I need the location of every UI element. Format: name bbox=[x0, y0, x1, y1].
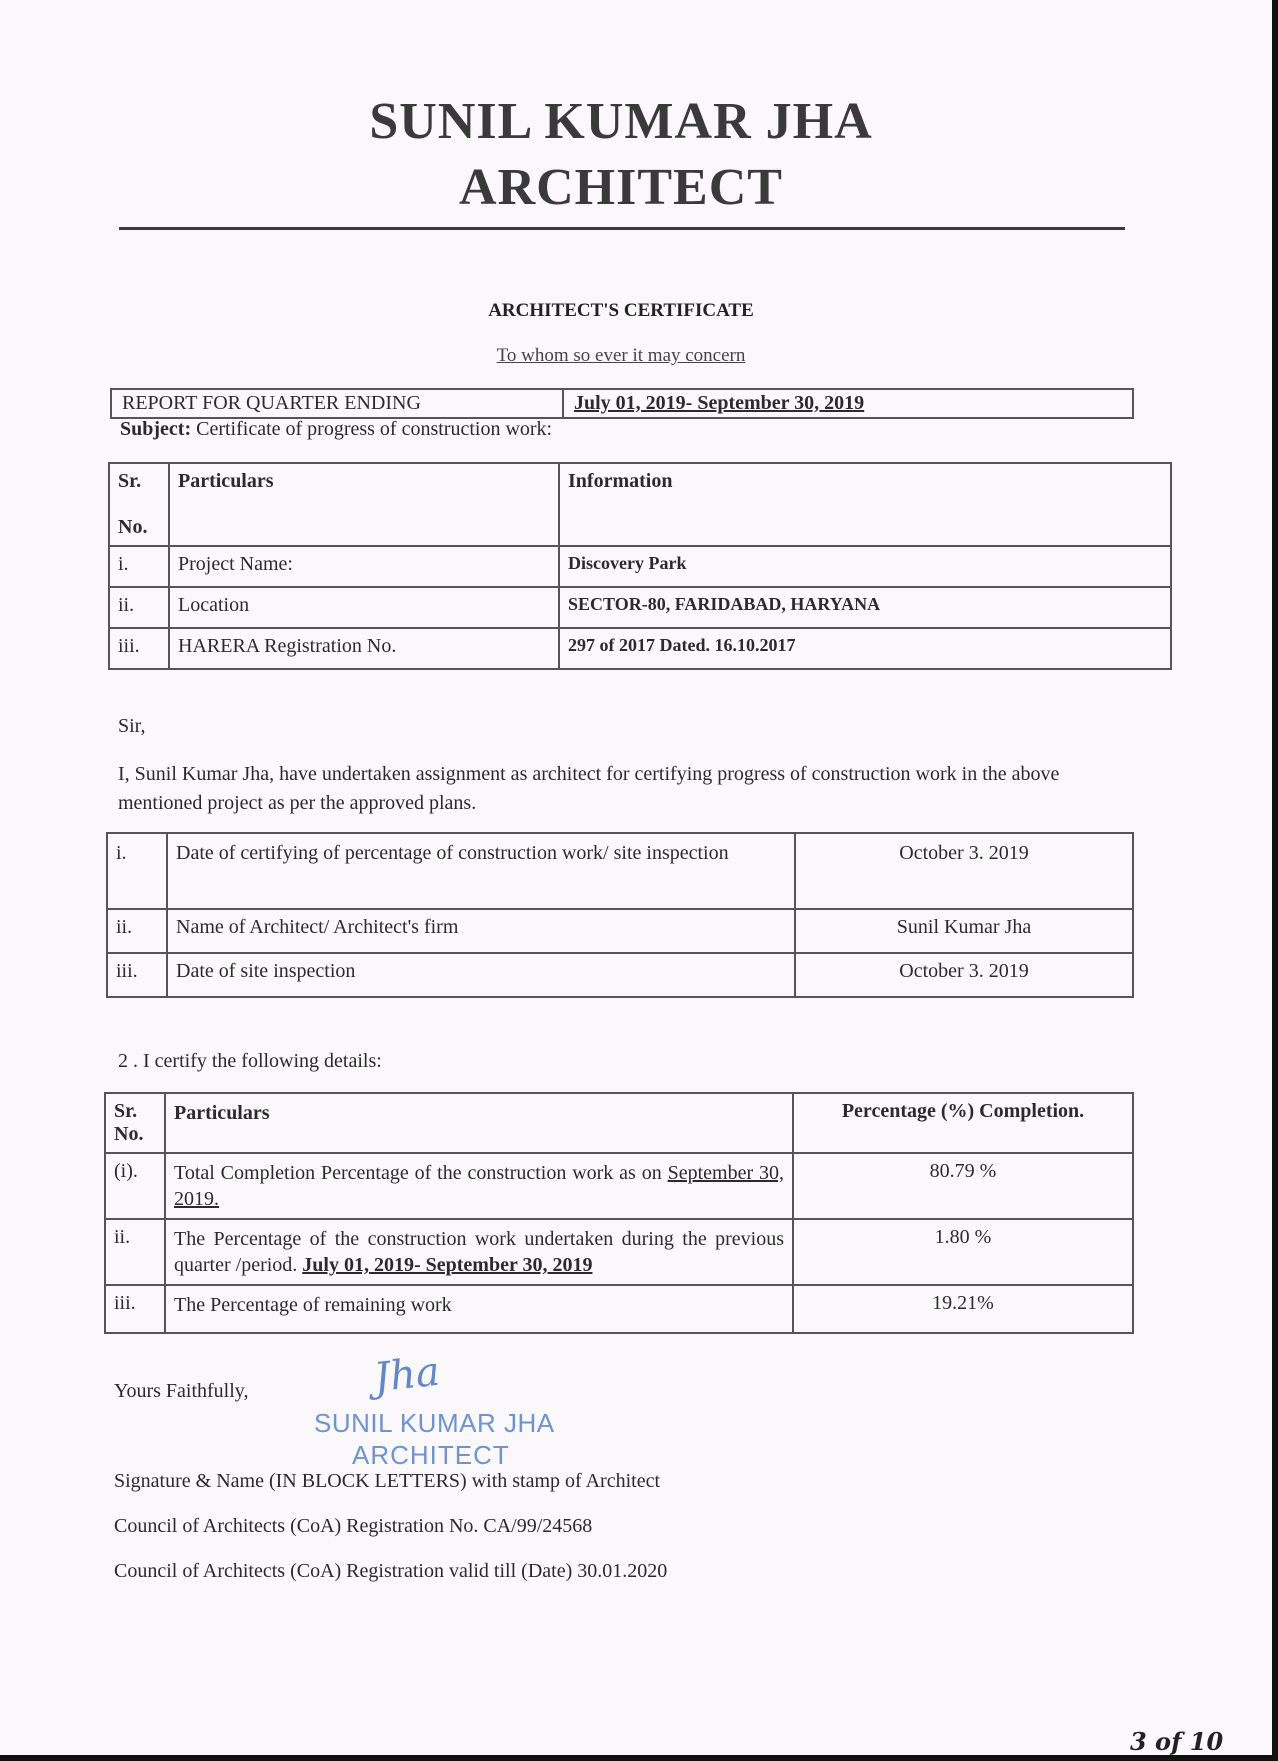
row-percentage: 80.79 % bbox=[793, 1153, 1133, 1219]
letterhead-role: ARCHITECT bbox=[0, 158, 1242, 217]
subject-text: Certificate of progress of construction … bbox=[196, 418, 552, 440]
header-percentage: Percentage (%) Completion. bbox=[793, 1093, 1133, 1153]
row-value: October 3. 2019 bbox=[795, 833, 1133, 909]
row-particular: Date of certifying of percentage of cons… bbox=[167, 833, 795, 909]
table-header-row: Sr.No. Particulars Information bbox=[109, 463, 1171, 546]
stamp-role: ARCHITECT bbox=[352, 1440, 510, 1471]
quarter-label: REPORT FOR QUARTER ENDING bbox=[111, 389, 563, 418]
row-value: Sunil Kumar Jha bbox=[795, 909, 1133, 953]
stamp-name: SUNIL KUMAR JHA bbox=[314, 1408, 555, 1439]
signature: Jha bbox=[372, 1349, 442, 1402]
row-value: October 3. 2019 bbox=[795, 953, 1133, 997]
addressee-line: To whom so ever it may concern bbox=[0, 345, 1242, 367]
certificate-title: ARCHITECT'S CERTIFICATE bbox=[0, 300, 1242, 322]
header-sr-no: Sr.No. bbox=[105, 1093, 165, 1153]
table-row: iii. HARERA Registration No. 297 of 2017… bbox=[109, 628, 1171, 669]
row-sr: (i). bbox=[105, 1153, 165, 1219]
scan-edge-right bbox=[1272, 0, 1278, 1761]
table-row: iii. Date of site inspection October 3. … bbox=[107, 953, 1133, 997]
row-sr: ii. bbox=[105, 1219, 165, 1285]
row-particular: Location bbox=[169, 587, 559, 628]
row-sr: i. bbox=[109, 546, 169, 587]
quarter-value-text: July 01, 2019- September 30, 2019 bbox=[574, 392, 864, 414]
row-sr: i. bbox=[107, 833, 167, 909]
row-sr: ii. bbox=[107, 909, 167, 953]
row-sr: iii. bbox=[109, 628, 169, 669]
row-info: 297 of 2017 Dated. 16.10.2017 bbox=[559, 628, 1171, 669]
row-info: SECTOR-80, FARIDABAD, HARYANA bbox=[559, 587, 1171, 628]
table-header-row: Sr.No. Particulars Percentage (%) Comple… bbox=[105, 1093, 1133, 1153]
table-row: i. Date of certifying of percentage of c… bbox=[107, 833, 1133, 909]
table-row: ii. Name of Architect/ Architect's firm … bbox=[107, 909, 1133, 953]
signature-line: Signature & Name (IN BLOCK LETTERS) with… bbox=[114, 1470, 660, 1493]
row-info: Discovery Park bbox=[559, 546, 1171, 587]
header-particulars: Particulars bbox=[169, 463, 559, 546]
table-row: (i). Total Completion Percentage of the … bbox=[105, 1153, 1133, 1219]
project-details-table: Sr.No. Particulars Information i. Projec… bbox=[108, 462, 1172, 670]
row-percentage: 1.80 % bbox=[793, 1219, 1133, 1285]
page-number: 3 of 10 bbox=[1130, 1727, 1223, 1756]
table-row: ii. Location SECTOR-80, FARIDABAD, HARYA… bbox=[109, 587, 1171, 628]
addressee-text: To whom so ever it may concern bbox=[497, 345, 746, 366]
row-particular: Date of site inspection bbox=[167, 953, 795, 997]
letterhead-name: SUNIL KUMAR JHA bbox=[0, 92, 1242, 151]
table-row: i. Project Name: Discovery Park bbox=[109, 546, 1171, 587]
letterhead-divider bbox=[119, 227, 1125, 230]
table-row: ii. The Percentage of the construction w… bbox=[105, 1219, 1133, 1285]
coa-valid-till: Council of Architects (CoA) Registration… bbox=[114, 1560, 667, 1583]
quarter-value: July 01, 2019- September 30, 2019 bbox=[563, 389, 1133, 418]
row-particular: Project Name: bbox=[169, 546, 559, 587]
row-particular: The Percentage of the construction work … bbox=[165, 1219, 793, 1285]
header-information: Information bbox=[559, 463, 1171, 546]
salutation: Sir, bbox=[118, 715, 146, 738]
progress-table: Sr.No. Particulars Percentage (%) Comple… bbox=[104, 1092, 1134, 1334]
inspection-table: i. Date of certifying of percentage of c… bbox=[106, 832, 1134, 998]
row-particular: HARERA Registration No. bbox=[169, 628, 559, 669]
scan-edge-bottom bbox=[0, 1755, 1278, 1761]
row-percentage: 19.21% bbox=[793, 1285, 1133, 1333]
row-particular: The Percentage of remaining work bbox=[165, 1285, 793, 1333]
quarter-table: REPORT FOR QUARTER ENDING July 01, 2019-… bbox=[110, 388, 1134, 419]
row-sr: iii. bbox=[107, 953, 167, 997]
subject-line: Subject: Certificate of progress of cons… bbox=[120, 418, 552, 441]
subject-label: Subject: bbox=[120, 418, 191, 440]
row-particular: Total Completion Percentage of the const… bbox=[165, 1153, 793, 1219]
row-sr: iii. bbox=[105, 1285, 165, 1333]
closing-yours-faithfully: Yours Faithfully, bbox=[114, 1380, 248, 1403]
certify-heading: 2 . I certify the following details: bbox=[118, 1050, 382, 1073]
intro-paragraph: I, Sunil Kumar Jha, have undertaken assi… bbox=[118, 760, 1128, 818]
table-row: iii. The Percentage of remaining work 19… bbox=[105, 1285, 1133, 1333]
row-particular: Name of Architect/ Architect's firm bbox=[167, 909, 795, 953]
header-particulars: Particulars bbox=[165, 1093, 793, 1153]
row-sr: ii. bbox=[109, 587, 169, 628]
header-sr-no: Sr.No. bbox=[109, 463, 169, 546]
coa-registration: Council of Architects (CoA) Registration… bbox=[114, 1515, 592, 1538]
